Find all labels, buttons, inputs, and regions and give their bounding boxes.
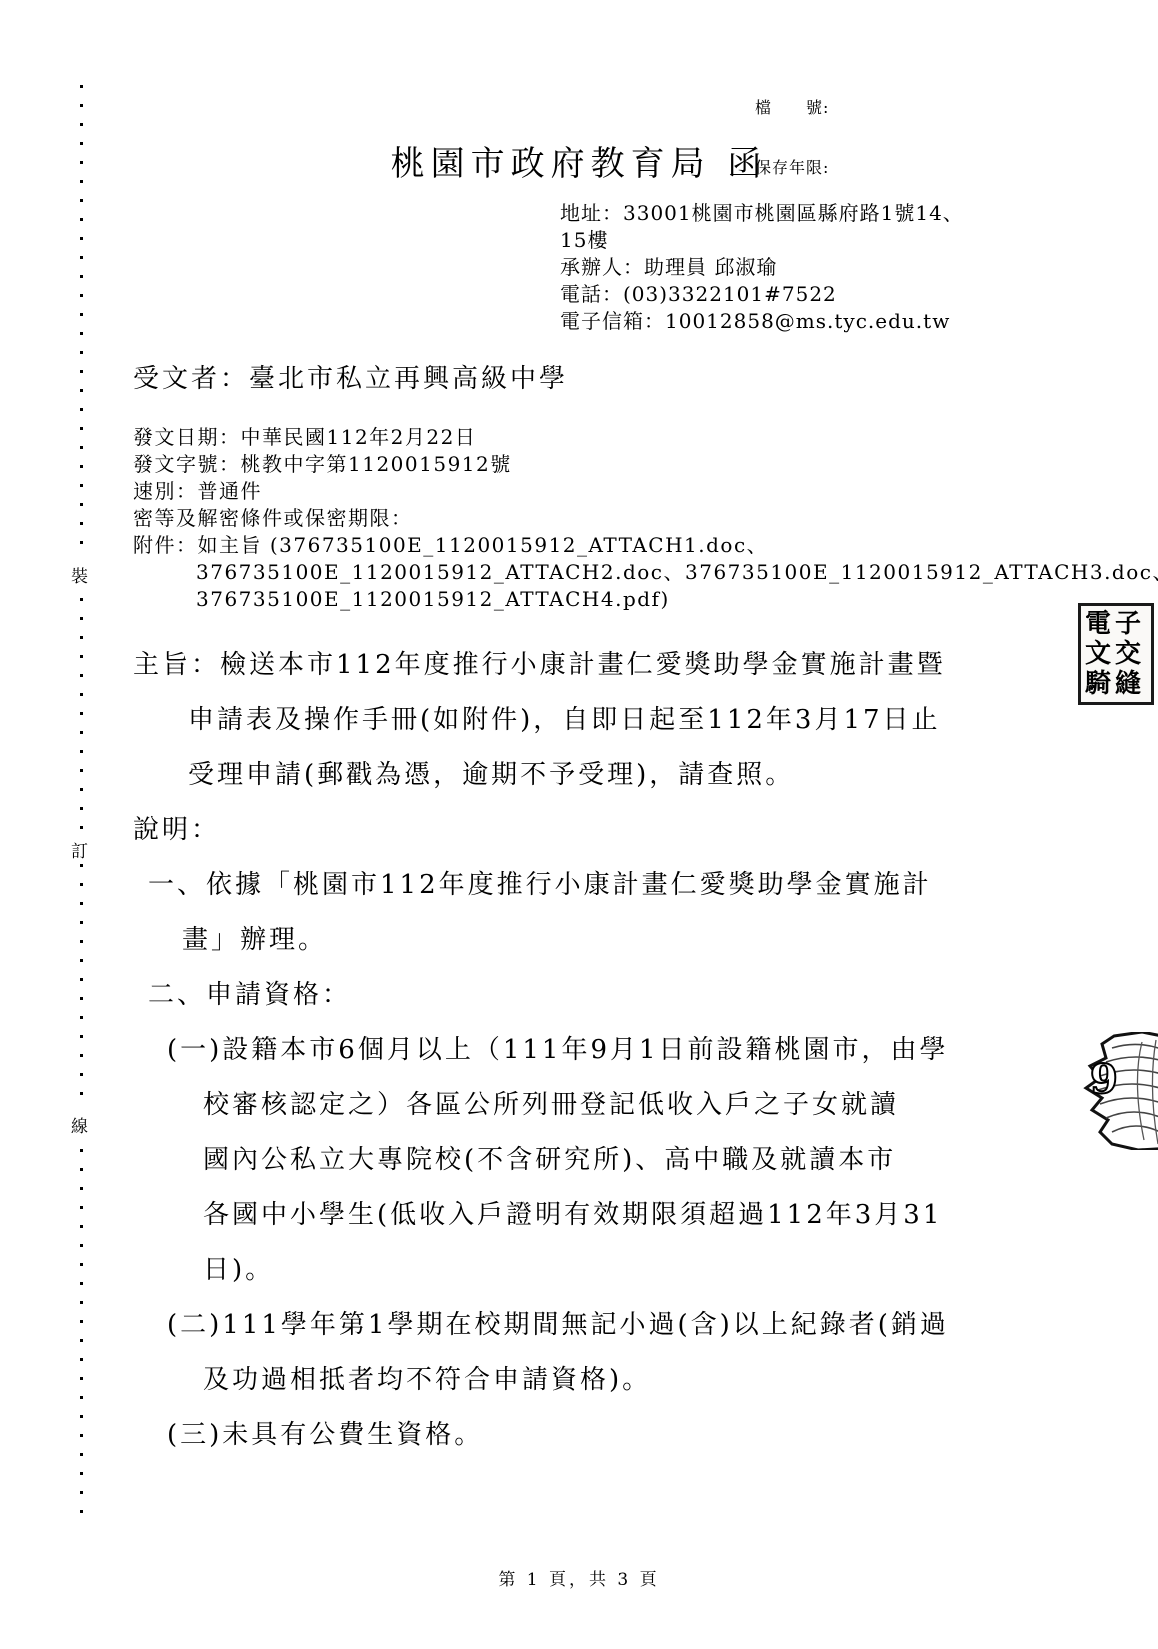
document-meta-block: 發文日期：中華民國112年2月22日 發文字號：桃教中字第1120015912號… [133, 424, 1158, 613]
attachment-line-2: 376735100E_1120015912_ATTACH2.doc、376735… [196, 559, 1158, 586]
stamp-char: 交 [1113, 639, 1143, 669]
page-footer: 第 1 頁，共 3 頁 [0, 1565, 1158, 1590]
qualification-sub3-line1: (三)未具有公費生資格。 [167, 1408, 949, 1463]
subject-line-2: 申請表及操作手冊(如附件)，自即日起至112年3月17日止 [188, 693, 949, 748]
sender-contact-block: 地址：33001桃園市桃園區縣府路1號14、 15樓 承辦人：助理員 邱淑瑜 電… [560, 200, 964, 335]
speed-class: 速別：普通件 [133, 478, 1158, 505]
document-title: 桃園市政府教育局 函 [0, 136, 1158, 185]
file-number-label: 檔 號: [755, 98, 829, 118]
sender-address-line2: 15樓 [560, 227, 964, 254]
seal-digit: 9 [1090, 1056, 1118, 1103]
subject-line-1: 主旨：檢送本市112年度推行小康計畫仁愛獎助學金實施計畫暨 [133, 638, 949, 693]
stamp-char: 子 [1113, 609, 1143, 639]
explanation-item1-line1: 一、依據「桃園市112年度推行小康計畫仁愛獎助學金實施計 [148, 858, 949, 913]
binding-dotted-line [80, 85, 83, 1520]
explanation-heading: 說明： [133, 803, 949, 858]
qualification-sub1-line4: 各國中小學生(低收入戶證明有效期限須超過112年3月31 [203, 1188, 949, 1243]
explanation-item1-line2: 畫」辦理。 [182, 913, 949, 968]
security-class: 密等及解密條件或保密期限： [133, 505, 1158, 532]
qualification-sub1-line5: 日)。 [203, 1243, 949, 1298]
binding-mark-xian: 線 [71, 1110, 88, 1139]
explanation-item2: 二、申請資格： [148, 968, 949, 1023]
qualification-sub1-line2: 校審核認定之）各區公所列冊登記低收入戶之子女就讀 [203, 1078, 949, 1133]
binding-mark-ding: 訂 [71, 835, 88, 864]
qualification-sub1-line1: (一)設籍本市6個月以上（111年9月1日前設籍桃園市，由學 [167, 1023, 949, 1078]
sender-email: 電子信箱：10012858@ms.tyc.edu.tw [560, 308, 964, 335]
qualification-sub1-line3: 國內公私立大專院校(不含研究所)、高中職及就讀本市 [203, 1133, 949, 1188]
issue-date: 發文日期：中華民國112年2月22日 [133, 424, 1158, 451]
issue-number: 發文字號：桃教中字第1120015912號 [133, 451, 1158, 478]
sender-phone: 電話：(03)3322101#7522 [560, 281, 964, 308]
attachment-line-3: 376735100E_1120015912_ATTACH4.pdf) [196, 586, 1158, 613]
qualification-sub2-line1: (二)111學年第1學期在校期間無記小過(含)以上紀錄者(銷過 [167, 1298, 949, 1353]
subject-line-3: 受理申請(郵戳為憑，逾期不予受理)，請查照。 [188, 748, 949, 803]
stamp-char: 縫 [1113, 669, 1143, 699]
recipient-line: 受文者：臺北市私立再興高級中學 [133, 358, 568, 395]
official-letter-page: 檔 號: 保存年限: 桃園市政府教育局 函 地址：33001桃園市桃園區縣府路1… [0, 0, 1158, 1649]
binding-mark-zhuang: 裝 [71, 560, 88, 589]
letter-body: 主旨：檢送本市112年度推行小康計畫仁愛獎助學金實施計畫暨 申請表及操作手冊(如… [133, 638, 949, 1463]
qualification-sub2-line2: 及功過相抵者均不符合申請資格)。 [203, 1353, 949, 1408]
stamp-char: 騎 [1083, 669, 1113, 699]
stamp-char: 電 [1083, 609, 1113, 639]
perforation-seal: 9 [1072, 1032, 1158, 1150]
electronic-exchange-stamp: 電 子 文 交 騎 縫 [1078, 603, 1154, 705]
attachment-line-1: 附件：如主旨 (376735100E_1120015912_ATTACH1.do… [133, 532, 1158, 559]
stamp-char: 文 [1083, 639, 1113, 669]
sender-address-line1: 地址：33001桃園市桃園區縣府路1號14、 [560, 200, 964, 227]
sender-contact-person: 承辦人：助理員 邱淑瑜 [560, 254, 964, 281]
